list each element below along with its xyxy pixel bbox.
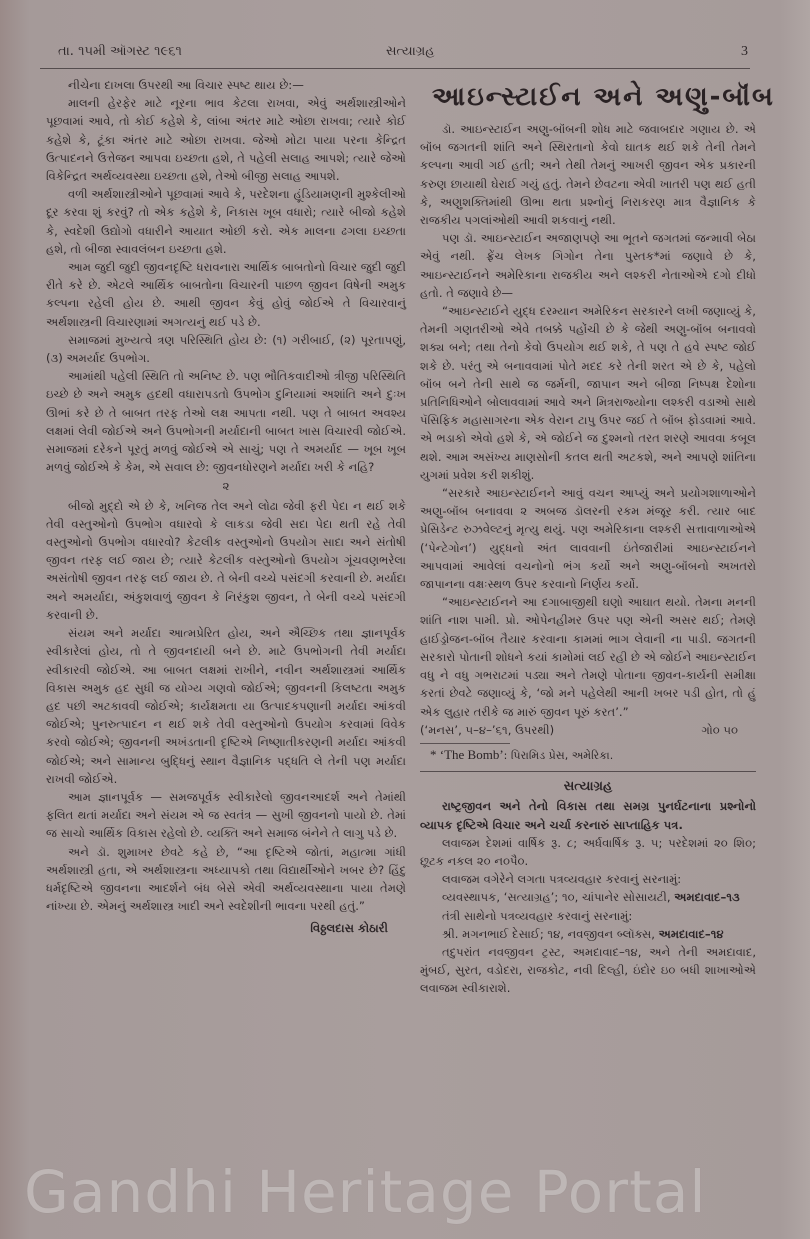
section-separator <box>420 771 756 772</box>
source-citation: (‘મનસ’, ૫–૪–’૬૧, ઉપરથી) <box>420 721 554 739</box>
paragraph: સમાજમાં મુખ્યત્વે ત્રણ પરિસ્થિતિ હોય છે:… <box>46 331 406 367</box>
paragraph: વળી અર્થશાસ્ત્રીઓને પૂછવામાં આવે કે, પરદ… <box>46 185 406 258</box>
paragraph: “આઇન્સ્ટાઈને યુદ્ધ દરમ્યાન અમેરિકન સરકાર… <box>420 302 756 484</box>
paragraph: નીચેના દાખલા ઉપરથી આ વિચાર સ્પષ્ટ થાય છે… <box>46 76 406 94</box>
subscription-address: વ્યવસ્થાપક, ‘સત્યાગ્રહ’; ૧૦, ચાંપાનેર સો… <box>420 888 756 906</box>
translator-initials: ગો૦ ૫૦ <box>701 721 738 739</box>
publication-name: સત્યાગ્રહ <box>386 44 435 59</box>
subscription-address-text: વ્યવસ્થાપક, ‘સત્યાગ્રહ’; ૧૦, ચાંપાનેર સો… <box>442 890 674 904</box>
portal-watermark: Gandhi Heritage Portal <box>24 1158 804 1226</box>
paragraph: પણ ડૉ. આઇન્સ્ટાઈન અજાણપણે આ ભૂતને જગતમાં… <box>420 229 756 302</box>
paragraph: સંયમ અને મર્યાદા આત્મપ્રેરિત હોય, અને ઐચ… <box>46 624 406 788</box>
subscription-address-city: અમદાવાદ–૧૩ <box>674 890 739 904</box>
header-rule <box>40 68 750 69</box>
paragraph: “આઇન્સ્ટાઈનને આ દગાબાજીથી ઘણો આઘાત થયો. … <box>420 593 756 720</box>
left-column-article: નીચેના દાખલા ઉપરથી આ વિચાર સ્પષ્ટ થાય છે… <box>46 76 406 938</box>
paragraph: અને ડૉ. શુમાખર છેવટે કહે છે, “આ દૃષ્ટિએ … <box>46 843 406 916</box>
footnote: * ‘The Bomb’: પિરામિડ પ્રેસ, અમેરિકા. <box>420 746 756 765</box>
page-number: 3 <box>741 44 748 60</box>
author-signature: વિઠ્ઠલદાસ કોઠારી <box>46 919 406 937</box>
paragraph: ડૉ. આઇન્સ્ટાઈન અણુ-બૉંબની શોધ માટે જવાબદ… <box>420 120 756 229</box>
article-title: આઇન્સ્ટાઈન અને અણુ-બૉંબ <box>432 82 752 113</box>
page-header: તા. ૧૫મી ઑગસ્ટ ૧૯૬૧ સત્યાગ્રહ 3 <box>58 44 748 68</box>
paragraph: માલની હેરફેર માટે નૂરના ભાવ કેટલા રાખવા,… <box>46 94 406 185</box>
editor-address: શ્રી. મગનભાઈ દેસાઈ; ૧૪, નવજીવન બ્લૉક્સ, … <box>420 925 756 943</box>
footnote-rule <box>420 743 510 744</box>
right-column-article: ડૉ. આઇન્સ્ટાઈન અણુ-બૉંબની શોધ માટે જવાબદ… <box>420 120 756 998</box>
footnote-publisher: : પિરામિડ પ્રેસ, અમેરિકા. <box>504 749 614 762</box>
paragraph: બીજો મુદ્દો એ છે કે, ખનિજ તેલ અને લોઢા જ… <box>46 497 406 624</box>
paragraph: આમાંથી પહેલી સ્થિતિ તો અનિષ્ટ છે. પણ ભૌત… <box>46 367 406 476</box>
editor-address-text: શ્રી. મગનભાઈ દેસાઈ; ૧૪, નવજીવન બ્લૉક્સ, <box>442 927 659 941</box>
section-number: ૨ <box>46 477 406 495</box>
paragraph: આમ જ્ઞાનપૂર્વક — સમજપૂર્વક સ્વીકારેલો જી… <box>46 788 406 843</box>
subscription-rates: લવાજમ દેશમાં વાર્ષિક રૂ. ૮; અર્ધવાર્ષિક … <box>420 834 756 870</box>
paragraph: આમ જુદી જુદી જીવનદૃષ્ટિ ધરાવનારા આર્થિક … <box>46 258 406 331</box>
subscription-box-title: સત્યાગ્રહ <box>420 778 756 796</box>
subscription-box: સત્યાગ્રહ રાષ્ટ્રજીવન અને તેનો વિકાસ તથા… <box>420 778 756 997</box>
issue-date: તા. ૧૫મી ઑગસ્ટ ૧૯૬૧ <box>58 44 182 59</box>
newspaper-page: તા. ૧૫મી ઑગસ્ટ ૧૯૬૧ સત્યાગ્રહ 3 નીચેના દ… <box>0 0 810 1239</box>
branch-offices: તદુપરાંત નવજીવન ટ્રસ્ટ, અમદાવાદ–૧૪, અને … <box>420 943 756 998</box>
source-credit: (‘મનસ’, ૫–૪–’૬૧, ઉપરથી) ગો૦ ૫૦ <box>420 721 756 739</box>
editor-address-label: તંત્રી સાથેનો પત્રવ્યવહાર કરવાનું સરનામુ… <box>420 907 756 925</box>
footnote-book-title: * ‘The Bomb’ <box>430 747 504 762</box>
editor-address-city: અમદાવાદ–૧૪ <box>659 927 724 941</box>
subscription-address-label: લવાજમ વગેરેને લગતા પત્રવ્યવહાર કરવાનું સ… <box>420 870 756 888</box>
paragraph: “સરકારે આઇન્સ્ટાઈનને આવું વચન આપ્યું અને… <box>420 484 756 593</box>
publication-tagline: રાષ્ટ્રજીવન અને તેનો વિકાસ તથા સમગ્ર પુન… <box>420 797 756 833</box>
